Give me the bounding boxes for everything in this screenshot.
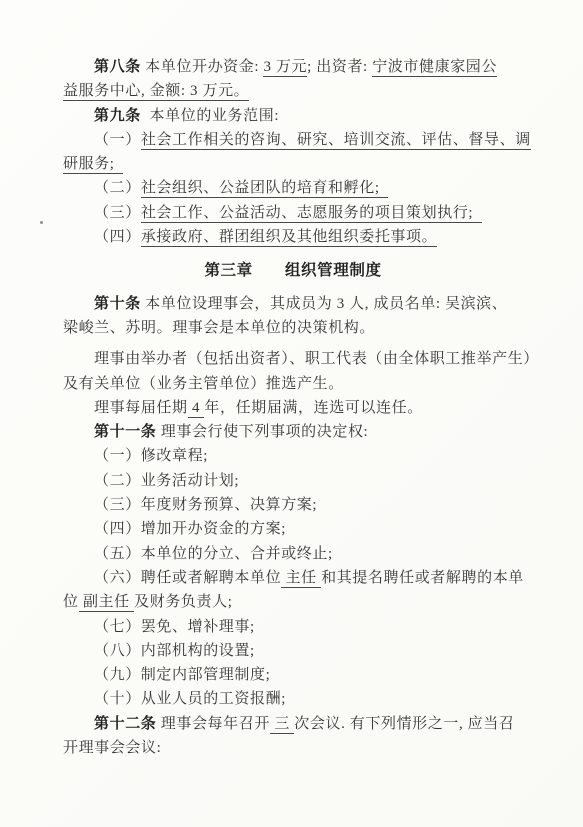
underlined-text-run: 宁波市健康家园公 xyxy=(372,59,497,77)
text-run: 梁峻兰、苏明。理事会是本单位的决策机构。 xyxy=(63,320,375,336)
chapter-heading: 第三章 组织管理制度 xyxy=(63,259,523,283)
text-run: ; 出资者: xyxy=(307,59,372,75)
text-run: 年，任期届满，连选可以连任。 xyxy=(204,400,422,416)
underlined-text-run: 社会工作相关的咨询、研究、培训交流、评估、督导、调 xyxy=(141,132,531,150)
text-run: （二） xyxy=(94,180,141,196)
bold-text-run: 第十条 xyxy=(94,296,141,312)
document-line: 第十一条 理事会行使下列事项的决定权: xyxy=(63,420,523,444)
document-line: 研服务; xyxy=(63,152,523,176)
text-run: 开理事会会议: xyxy=(63,740,166,756)
underlined-text-run: 承接政府、群团组织及其他组织委托事项。 xyxy=(141,229,437,247)
document-line: （一）修改章程; xyxy=(63,444,523,468)
text-run: 次会议. 有下列情形之一, 应当召 xyxy=(294,716,514,732)
document-line: （五）本单位的分立、合并或终止; xyxy=(63,542,523,566)
text-run: （九）制定内部管理制度; xyxy=(94,667,275,683)
underlined-text-run: 益服务中心, 金额: 3 万元。 xyxy=(63,83,249,101)
document-line: 第十条 本单位设理事会，其成员为 3 人, 成员名单: 吴滨滨、 xyxy=(63,292,523,316)
underlined-text-run: 3 万元 xyxy=(263,59,307,77)
bold-text-run: 第三章 组织管理制度 xyxy=(204,262,381,279)
text-run: （二）业务活动计划; xyxy=(94,473,244,489)
document-line: 第八条 本单位开办资金: 3 万元; 出资者: 宁波市健康家园公 xyxy=(63,55,523,79)
document-line: （三）社会工作、公益活动、志愿服务的项目策划执行; xyxy=(63,201,523,225)
document-line: 及有关单位（业务主管单位）推选产生。 xyxy=(63,372,523,396)
document-line: （六）聘任或者解聘本单位 主任 和其提名聘任或者解聘的本单 xyxy=(63,566,523,590)
text-run: 本单位开办资金: xyxy=(141,59,264,75)
document-line: 开理事会会议: xyxy=(63,736,523,760)
text-run: （一）修改章程; xyxy=(94,448,212,464)
document-line: （二）业务活动计划; xyxy=(63,469,523,493)
text-run: 理事由举办者（包括出资者）、职工代表（由全体职工推举产生） xyxy=(94,351,539,367)
text-run: 理事会行使下列事项的决定权: xyxy=(156,424,372,440)
text-run: 及财务负责人; xyxy=(134,594,237,610)
bold-text-run: 第八条 xyxy=(94,59,141,75)
text-run: （一） xyxy=(94,132,141,148)
underlined-text-run: 研服务; xyxy=(63,156,123,174)
document-line: 位 副主任 及财务负责人; xyxy=(63,590,523,614)
text-run: 本单位设理事会，其成员为 3 人, 成员名单: 吴滨滨、 xyxy=(141,296,508,312)
text-run: 和其提名聘任或者解聘的本单 xyxy=(321,570,524,586)
document-line: 理事每届任期 4 年，任期届满，连选可以连任。 xyxy=(63,396,523,420)
scan-dot-artifact xyxy=(40,221,43,224)
document-line: （二）社会组织、公益团队的培育和孵化; xyxy=(63,176,523,200)
text-run: （八）内部机构的设置; xyxy=(94,643,259,659)
bold-text-run: 第九条 xyxy=(94,108,141,124)
document-line: （四）增加开办资金的方案; xyxy=(63,517,523,541)
bold-text-run: 第十二条 xyxy=(94,716,156,732)
text-run: （五）本单位的分立、合并或终止; xyxy=(94,546,337,562)
document-line: （八）内部机构的设置; xyxy=(63,639,523,663)
underlined-text-run: 社会组织、公益团队的培育和孵化; xyxy=(141,180,388,198)
underlined-text-run: 主任 xyxy=(281,570,321,588)
document-line: 理事由举办者（包括出资者）、职工代表（由全体职工推举产生） xyxy=(63,347,523,371)
document-line: 梁峻兰、苏明。理事会是本单位的决策机构。 xyxy=(63,316,523,340)
text-run: （四）增加开办资金的方案; xyxy=(94,521,290,537)
document-line: （十）从业人员的工资报酬; xyxy=(63,687,523,711)
underlined-text-run: 4 xyxy=(188,400,205,418)
underlined-text-run: 副主任 xyxy=(79,594,135,612)
document-body: 第八条 本单位开办资金: 3 万元; 出资者: 宁波市健康家园公益服务中心, 金… xyxy=(63,55,523,760)
text-run: （四） xyxy=(94,229,141,245)
text-run: （三） xyxy=(94,205,141,221)
text-run: （十）从业人员的工资报酬; xyxy=(94,691,290,707)
underlined-text-run: 三 xyxy=(270,716,294,734)
bold-text-run: 第十一条 xyxy=(94,424,156,440)
text-run: （六）聘任或者解聘本单位 xyxy=(94,570,281,586)
text-run: 本单位的业务范围: xyxy=(141,108,284,124)
document-line: 益服务中心, 金额: 3 万元。 xyxy=(63,79,523,103)
text-run: （三）年度财务预算、决算方案; xyxy=(94,497,322,513)
document-line: （四）承接政府、群团组织及其他组织委托事项。 xyxy=(63,225,523,249)
document-line: （三）年度财务预算、决算方案; xyxy=(63,493,523,517)
text-run: 理事会每年召开 xyxy=(156,716,270,732)
text-run: 理事每届任期 xyxy=(94,400,188,416)
document-line: 第十二条 理事会每年召开 三 次会议. 有下列情形之一, 应当召 xyxy=(63,712,523,736)
text-run: （七）罢免、增补理事; xyxy=(94,619,259,635)
document-line: 第九条 本单位的业务范围: xyxy=(63,104,523,128)
text-run: 及有关单位（业务主管单位）推选产生。 xyxy=(63,376,344,392)
underlined-text-run: 社会工作、公益活动、志愿服务的项目策划执行; xyxy=(141,205,482,223)
text-run: 位 xyxy=(63,594,79,610)
document-line: （九）制定内部管理制度; xyxy=(63,663,523,687)
document-line: （七）罢免、增补理事; xyxy=(63,615,523,639)
document-page: 第八条 本单位开办资金: 3 万元; 出资者: 宁波市健康家园公益服务中心, 金… xyxy=(0,0,583,827)
document-line: （一）社会工作相关的咨询、研究、培训交流、评估、督导、调 xyxy=(63,128,523,152)
